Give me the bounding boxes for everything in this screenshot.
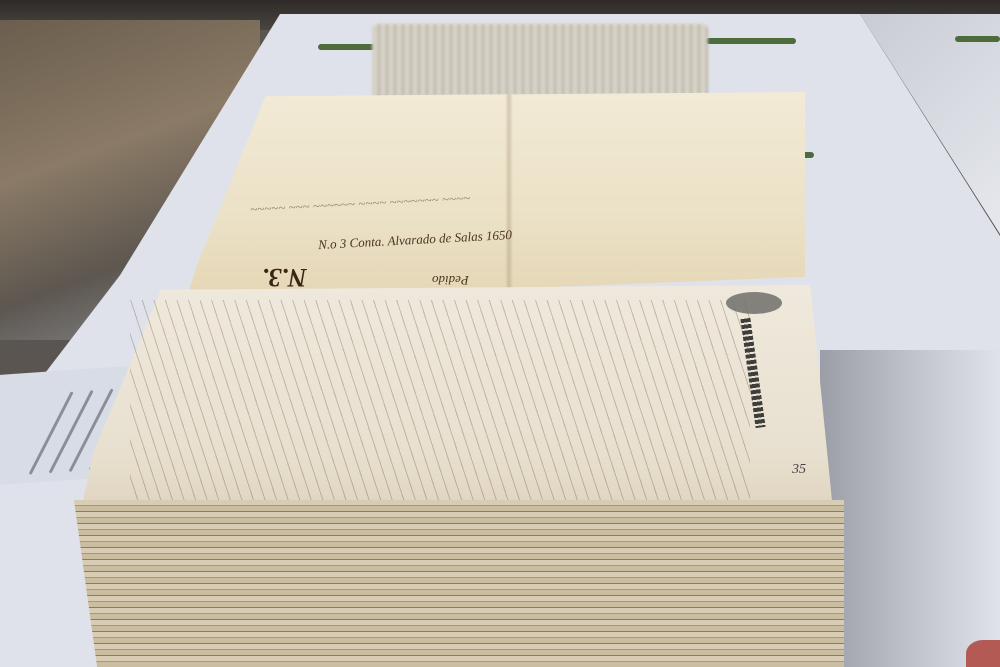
label-text-line	[49, 390, 94, 474]
flower-decoration	[966, 640, 1000, 667]
page-fold	[505, 92, 513, 302]
page-stack	[74, 500, 844, 667]
book-shadow	[820, 350, 1000, 667]
binding-ribbon	[955, 36, 1000, 42]
folio-number: 35	[792, 462, 806, 478]
binding-ribbon	[318, 44, 378, 50]
handwritten-text	[130, 300, 750, 510]
page-note: Pedido	[432, 272, 469, 288]
volume-mark: N.3.	[262, 262, 307, 292]
seal-stamp	[726, 292, 782, 314]
binding-ribbon	[706, 38, 796, 44]
label-text-line	[29, 391, 74, 475]
